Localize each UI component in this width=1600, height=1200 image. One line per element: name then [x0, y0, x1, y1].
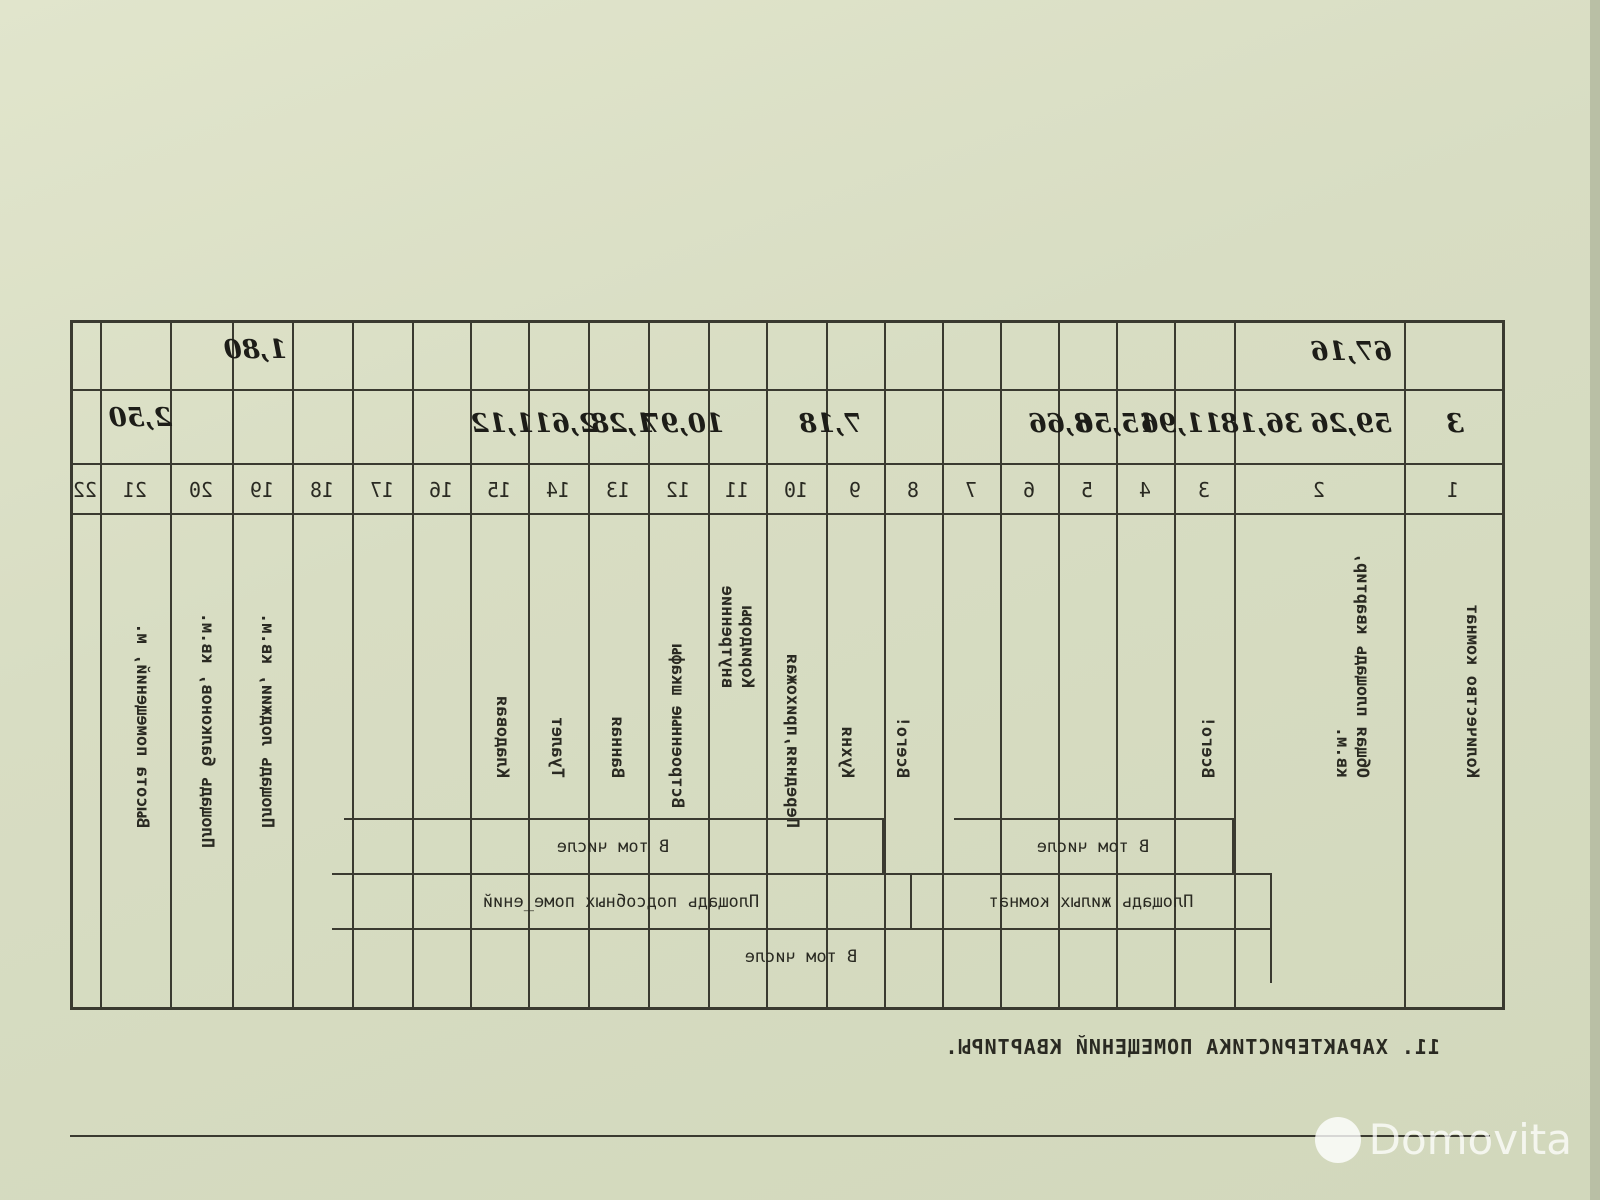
- col-num-18: 18: [292, 465, 352, 515]
- header-corridors: Коридоры внутренние: [717, 528, 757, 688]
- header-kitchen: Кухня: [837, 528, 857, 778]
- header-aux-total: Всего!: [892, 528, 912, 778]
- header-hallway: Передняя,прихожая: [782, 528, 802, 828]
- overall-in-number: В том числе: [332, 928, 1272, 983]
- header-closets: Встроенные шкафы: [667, 528, 687, 808]
- header-total-area: Общая площадь квартир, кв.м.: [1332, 528, 1372, 778]
- col-num-6: 6: [1000, 465, 1058, 515]
- col-num-4: 4: [1116, 465, 1174, 515]
- col-num-10: 10: [766, 465, 826, 515]
- watermark-text: Domovita: [1369, 1115, 1572, 1164]
- col-num-13: 13: [588, 465, 648, 515]
- total-area-value: 59,26: [1311, 409, 1392, 439]
- next-table-top-border: [70, 1135, 1490, 1137]
- loggia-area-value: 1,80: [224, 335, 287, 365]
- closets-value: 1,28: [591, 409, 654, 439]
- col-num-7: 7: [942, 465, 1000, 515]
- mirrored-sheet: 1 2 3 4 5 6 7 8 9 10 11 12 13 14 15 16 1…: [0, 0, 1600, 1200]
- col-num-16: 16: [412, 465, 470, 515]
- total-area-with-loggia: 67,16: [1311, 337, 1392, 367]
- col-num-12: 12: [648, 465, 708, 515]
- living-total-value: 36,18: [1221, 409, 1302, 439]
- col-num-11: 11: [708, 465, 766, 515]
- section-title: 11. ХАРАКТЕРИСТИКА ПОМЕЩЕНИЙ КВАРТИРЫ.: [944, 1035, 1440, 1059]
- aux-rooms-area-label: Площадь подсобных поме_ений: [332, 873, 912, 928]
- toilet-value: 1,12: [471, 409, 534, 439]
- aux-rooms-in-number: В том числе: [344, 818, 884, 873]
- ceiling-height-value: 2,50: [109, 403, 172, 433]
- col-num-21: 21: [100, 465, 170, 515]
- header-balcony-area: Площадь балконов, кв.м.: [197, 528, 217, 848]
- header-living-total: Всего!: [1197, 528, 1217, 778]
- header-room-count: Количество комнат: [1462, 528, 1482, 778]
- watermark-logo-icon: [1315, 1117, 1361, 1163]
- col-num-5: 5: [1058, 465, 1116, 515]
- apartment-characteristics-table: 1 2 3 4 5 6 7 8 9 10 11 12 13 14 15 16 1…: [70, 320, 1505, 1010]
- watermark: Domovita: [1315, 1115, 1572, 1164]
- header-loggia-area: Площадь лоджии, кв.м.: [257, 528, 277, 828]
- col-num-3: 3: [1174, 465, 1234, 515]
- col-num-8: 8: [884, 465, 942, 515]
- col-num-20: 20: [170, 465, 232, 515]
- col-num-17: 17: [352, 465, 412, 515]
- col-num-22: 22: [70, 465, 100, 515]
- col-num-2: 2: [1234, 465, 1404, 515]
- col-num-15: 15: [470, 465, 528, 515]
- col-num-14: 14: [528, 465, 588, 515]
- room-6-value: 8,66: [1029, 409, 1092, 439]
- corridors-value: 10,97: [643, 409, 724, 439]
- room-count-value: 3: [1446, 409, 1464, 439]
- living-rooms-area-label: Площадь жилых комнат: [912, 873, 1272, 928]
- living-rooms-in-number: В том числе: [954, 818, 1234, 873]
- bathroom-value: 2,61: [534, 409, 597, 439]
- kitchen-value: 7,18: [799, 409, 862, 439]
- col-num-19: 19: [232, 465, 292, 515]
- col-num-9: 9: [826, 465, 884, 515]
- header-storage: Кладовая: [492, 528, 512, 778]
- header-bathroom: Ванная: [607, 528, 627, 778]
- header-ceiling-height: Высота помещений, м.: [132, 528, 152, 828]
- col-num-1: 1: [1404, 465, 1502, 515]
- header-toilet: Туалет: [547, 528, 567, 778]
